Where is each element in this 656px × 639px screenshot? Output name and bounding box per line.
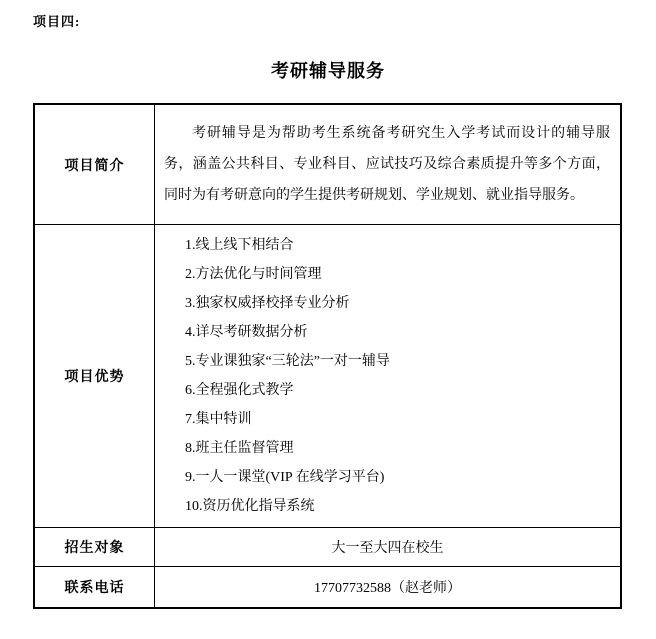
advantage-item: 9.一人一课堂(VIP 在线学习平台) [185, 463, 614, 492]
advantage-item: 6.全程强化式教学 [185, 376, 614, 405]
document-title: 考研辅导服务 [0, 57, 656, 83]
table-row-intro: 项目简介 考研辅导是为帮助考生系统备考研究生入学考试而设计的辅导服务，涵盖公共科… [34, 104, 621, 225]
advantage-item: 8.班主任监督管理 [185, 434, 614, 463]
intro-paragraph: 考研辅导是为帮助考生系统备考研究生入学考试而设计的辅导服务，涵盖公共科目、专业科… [164, 118, 610, 211]
advantages-list: 1.线上线下相结合 2.方法优化与时间管理 3.独家权威择校择专业分析 4.详尽… [185, 231, 614, 521]
advantage-item: 1.线上线下相结合 [185, 231, 614, 260]
table-row-phone: 联系电话 17707732588（赵老师） [34, 567, 621, 609]
row-header-phone: 联系电话 [34, 567, 155, 609]
row-header-target: 招生对象 [34, 528, 155, 567]
advantage-item: 5.专业课独家“三轮法”一对一辅导 [185, 347, 614, 376]
row-header-advantages: 项目优势 [34, 225, 155, 528]
advantage-item: 10.资历优化指导系统 [185, 492, 614, 521]
advantage-item: 3.独家权威择校择专业分析 [185, 289, 614, 318]
contact-phone-value: 17707732588（赵老师） [155, 567, 622, 609]
advantage-item: 2.方法优化与时间管理 [185, 260, 614, 289]
advantage-item: 7.集中特训 [185, 405, 614, 434]
row-header-intro: 项目简介 [34, 104, 155, 225]
advantage-item: 4.详尽考研数据分析 [185, 318, 614, 347]
advantages-cell: 1.线上线下相结合 2.方法优化与时间管理 3.独家权威择校择专业分析 4.详尽… [155, 225, 622, 528]
target-audience-value: 大一至大四在校生 [155, 528, 622, 567]
project-info-table: 项目简介 考研辅导是为帮助考生系统备考研究生入学考试而设计的辅导服务，涵盖公共科… [33, 103, 622, 609]
document-page: 项目四: 考研辅导服务 项目简介 考研辅导是为帮助考生系统备考研究生入学考试而设… [0, 0, 656, 639]
intro-cell: 考研辅导是为帮助考生系统备考研究生入学考试而设计的辅导服务，涵盖公共科目、专业科… [155, 104, 622, 225]
section-label: 项目四: [33, 11, 80, 30]
table-row-target: 招生对象 大一至大四在校生 [34, 528, 621, 567]
table-row-advantages: 项目优势 1.线上线下相结合 2.方法优化与时间管理 3.独家权威择校择专业分析… [34, 225, 621, 528]
